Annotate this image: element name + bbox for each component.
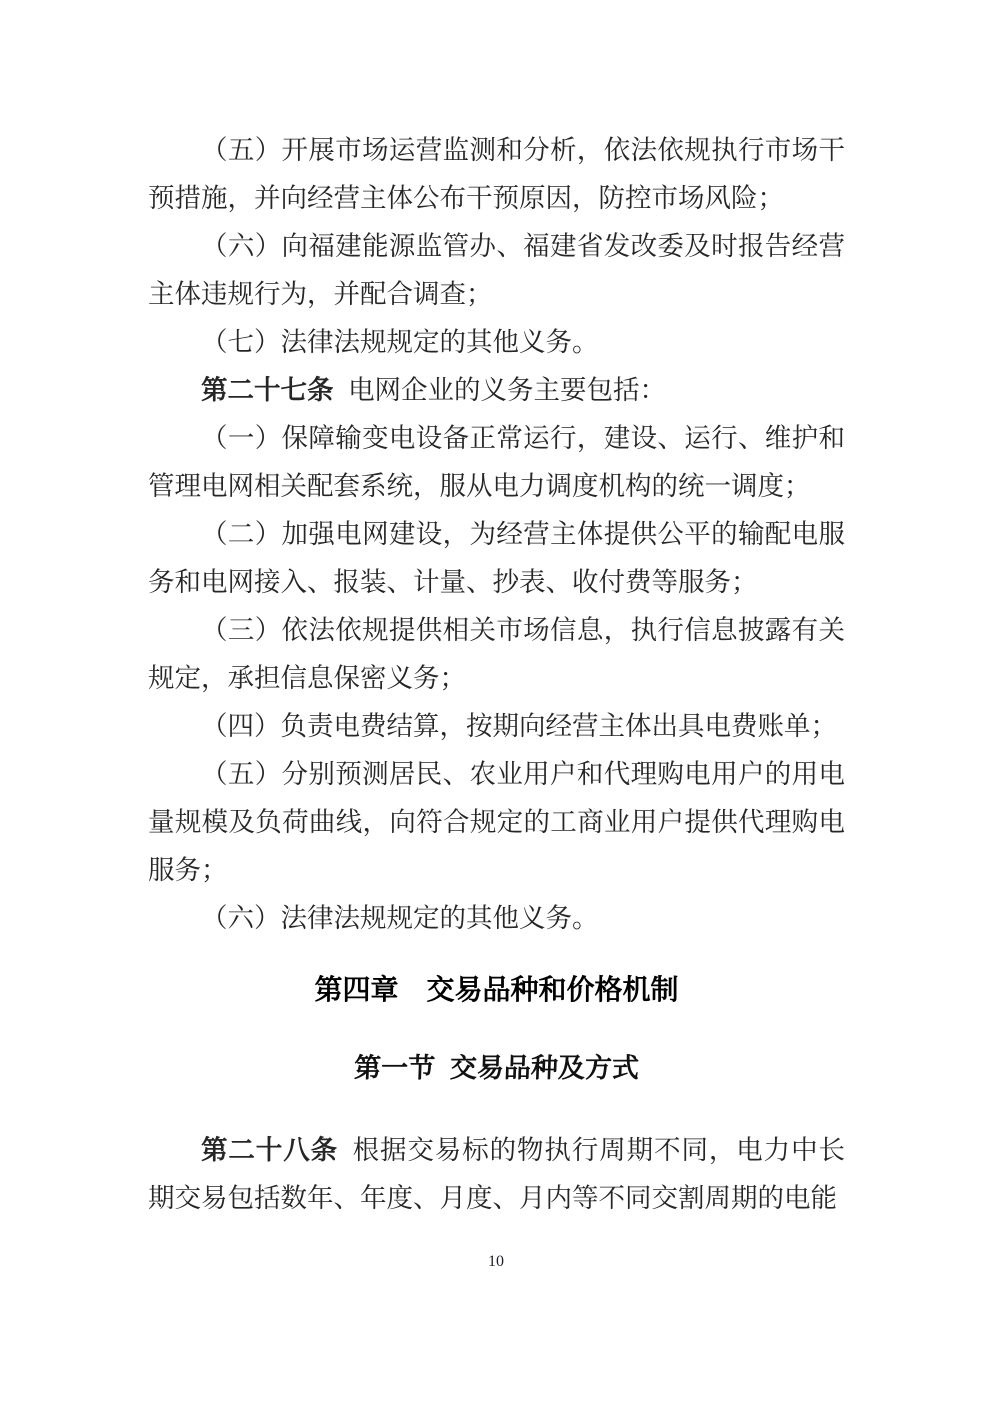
paragraph-item-7-other-obligations: （七）法律法规规定的其他义务。 bbox=[148, 318, 845, 366]
paragraph-item-2-grid-construction: （二）加强电网建设，为经营主体提供公平的输配电服务和电网接入、报装、计量、抄表、… bbox=[148, 510, 845, 606]
section-number: 第一节 bbox=[354, 1053, 436, 1083]
paragraph-item-1-grid-operation: （一）保障输变电设备正常运行，建设、运行、维护和管理电网相关配套系统，服从电力调… bbox=[148, 414, 845, 510]
article-28-paragraph: 第二十八条根据交易标的物执行周期不同，电力中长期交易包括数年、年度、月度、月内等… bbox=[148, 1126, 845, 1222]
paragraph-item-4-fee-settlement: （四）负责电费结算，按期向经营主体出具电费账单； bbox=[148, 702, 845, 750]
document-page: （五）开展市场运营监测和分析，依法依规执行市场干预措施，并向经营主体公布干预原因… bbox=[0, 0, 992, 1403]
paragraph-item-5-load-forecast: （五）分别预测居民、农业用户和代理购电用户的用电量规模及负荷曲线，向符合规定的工… bbox=[148, 750, 845, 894]
document-body: （五）开展市场运营监测和分析，依法依规执行市场干预措施，并向经营主体公布干预原因… bbox=[148, 126, 845, 1222]
page-number: 10 bbox=[0, 1249, 992, 1275]
paragraph-item-3-market-information: （三）依法依规提供相关市场信息，执行信息披露有关规定，承担信息保密义务； bbox=[148, 606, 845, 702]
section-1-heading: 第一节交易品种及方式 bbox=[147, 1044, 846, 1092]
article-27-paragraph: 第二十七条电网企业的义务主要包括： bbox=[148, 366, 845, 414]
paragraph-item-6-report-violations: （六）向福建能源监管办、福建省发改委及时报告经营主体违规行为，并配合调查； bbox=[148, 222, 845, 318]
article-28-number: 第二十八条 bbox=[201, 1135, 338, 1165]
chapter-4-heading: 第四章交易品种和价格机制 bbox=[148, 966, 845, 1014]
article-27-number: 第二十七条 bbox=[201, 375, 334, 405]
chapter-title: 交易品种和价格机制 bbox=[427, 974, 679, 1005]
article-27-text: 电网企业的义务主要包括： bbox=[348, 375, 666, 405]
paragraph-item-6-other-obligations: （六）法律法规规定的其他义务。 bbox=[148, 894, 845, 942]
chapter-number: 第四章 bbox=[314, 974, 398, 1005]
paragraph-item-5-market-monitoring: （五）开展市场运营监测和分析，依法依规执行市场干预措施，并向经营主体公布干预原因… bbox=[148, 126, 845, 222]
section-title: 交易品种及方式 bbox=[449, 1053, 639, 1083]
